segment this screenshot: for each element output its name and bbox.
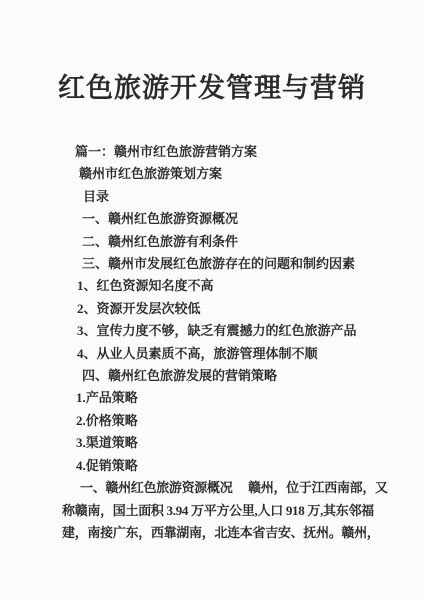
toc-subitem: 2.价格策略 xyxy=(76,410,374,432)
toc-subitem: 3、宣传力度不够，缺乏有震撼力的红色旅游产品 xyxy=(77,320,374,342)
body-text-line: 称赣南，国土面积 3.94 万平方公里,人口 918 万,其东邻福 xyxy=(62,500,374,522)
body-text-line: 一、赣州红色旅游资源概况 赣州，位于江西南部，又 xyxy=(80,477,374,499)
toc-subitem: 1.产品策略 xyxy=(76,387,374,409)
toc-item: 四、赣州红色旅游发展的营销策略 xyxy=(82,365,374,387)
document-page: 红色旅游开发管理与营销 篇一：赣州市红色旅游营销方案 赣州市红色旅游策划方案 目… xyxy=(0,0,424,600)
toc-subitem: 2、资源开发层次较低 xyxy=(77,298,374,320)
toc-subitem: 3.渠道策略 xyxy=(76,432,374,454)
toc-heading: 目录 xyxy=(83,186,374,208)
toc-subitem: 1、红色资源知名度不高 xyxy=(77,275,374,297)
toc-item: 三、赣州市发展红色旅游存在的问题和制约因素 xyxy=(82,253,374,275)
document-body: 篇一：赣州市红色旅游营销方案 赣州市红色旅游策划方案 目录 一、赣州红色旅游资源… xyxy=(0,141,424,544)
toc-subitem: 4、从业人员素质不高，旅游管理体制不顺 xyxy=(77,343,374,365)
piece-heading: 篇一：赣州市红色旅游营销方案 xyxy=(75,141,374,163)
toc-item: 二、赣州红色旅游有利条件 xyxy=(82,231,374,253)
toc-subitem: 4.促销策略 xyxy=(76,455,374,477)
subtitle-line: 赣州市红色旅游策划方案 xyxy=(79,163,374,185)
toc-item: 一、赣州红色旅游资源概况 xyxy=(82,208,374,230)
document-title: 红色旅游开发管理与营销 xyxy=(0,0,424,103)
body-text-line: 建，南接广东，西靠湖南，北连本省吉安、抚州。赣州， xyxy=(62,522,374,544)
